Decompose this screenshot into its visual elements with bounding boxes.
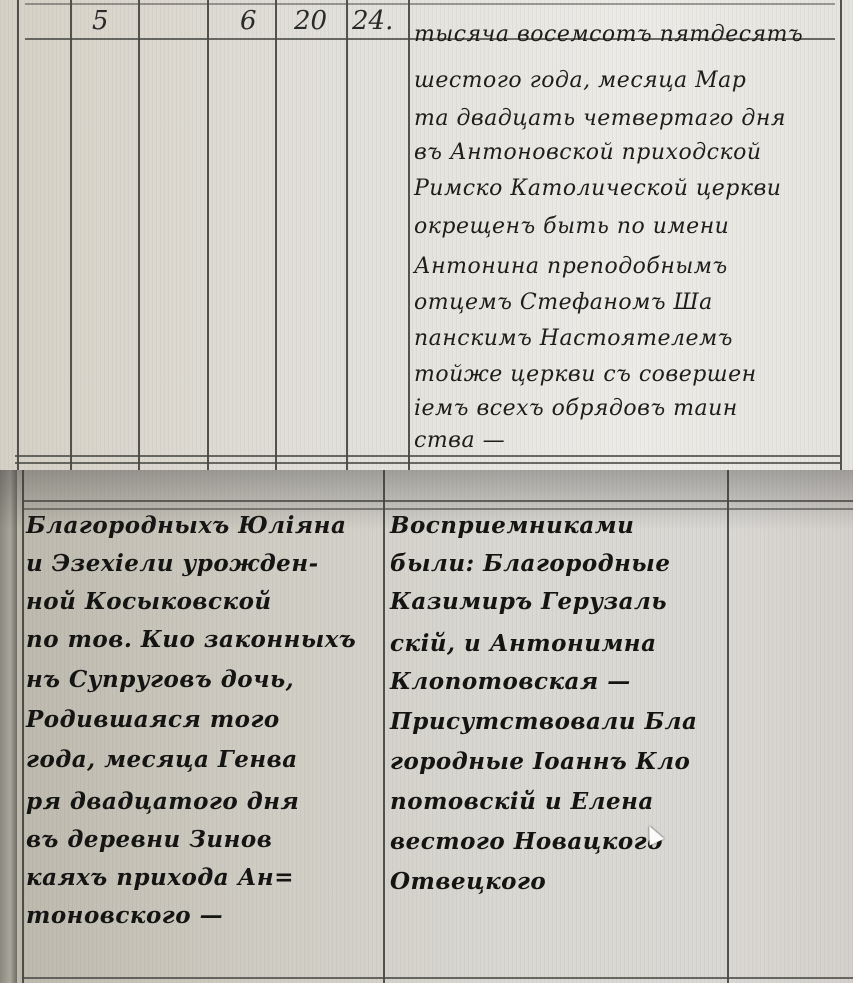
record-line: отцемъ Стефаномъ Ша: [414, 290, 713, 315]
row-rule: [15, 462, 840, 464]
record-line: тоновского —: [26, 902, 223, 929]
column-rule: [70, 0, 72, 470]
record-line: года, месяца Генва: [26, 746, 298, 773]
record-line: Клопотовская —: [390, 668, 631, 695]
record-line: тойже церкви съ совершен: [414, 362, 757, 387]
page-binding-edge: [0, 470, 17, 983]
record-line: въ деревни Зинов: [26, 826, 272, 853]
record-line: городные Іоаннъ Кло: [390, 748, 690, 775]
record-line: іемъ всехъ обрядовъ таин: [414, 396, 738, 421]
row-rule: [22, 977, 853, 979]
record-line: въ Антоновской приходской: [414, 140, 762, 165]
column-rule: [17, 0, 19, 470]
record-line: Римско Католической церкви: [414, 176, 781, 201]
record-line: потовскій и Елена: [390, 788, 654, 815]
column-rule: [383, 470, 385, 983]
record-line: та двадцать четвертаго дня: [414, 106, 786, 131]
record-line: вестого Новацкого: [390, 828, 663, 855]
column-rule: [408, 0, 410, 470]
column-rule: [207, 0, 209, 470]
column-rule: [22, 470, 24, 983]
record-line: нъ Супруговъ дочь,: [26, 666, 294, 693]
record-line: по тов. Кио законныхъ: [26, 626, 356, 653]
register-page-bottom: Благородныхъ Юліяна и Эзехіели урожден- …: [0, 470, 853, 983]
record-line: Благородныхъ Юліяна: [26, 512, 346, 539]
column-rule: [840, 0, 842, 470]
record-line: Антонина преподобнымъ: [414, 254, 728, 279]
record-line: Казимиръ Герузаль: [390, 588, 667, 615]
row-rule: [22, 500, 853, 502]
cell-value-b: 20: [294, 6, 327, 36]
row-rule: [15, 455, 840, 457]
record-line: скій, и Антонимна: [390, 630, 656, 657]
column-rule: [346, 0, 348, 470]
record-line: панскимъ Настоятелемъ: [414, 326, 733, 351]
record-line: каяхъ прихода Ан=: [26, 864, 294, 891]
record-line: ря двадцатого дня: [26, 788, 299, 815]
row-rule: [22, 508, 853, 510]
column-rule: [138, 0, 140, 470]
record-line: Присутствовали Бла: [390, 708, 697, 735]
record-line: и Эзехіели урожден-: [26, 550, 319, 577]
record-line: окрещенъ быть по имени: [414, 214, 729, 239]
record-line: тысяча восемсотъ пятдесятъ: [414, 22, 803, 47]
record-line: ной Косыковской: [26, 588, 272, 615]
record-line: Отвецкого: [390, 868, 546, 895]
record-line: шестого года, месяца Мар: [414, 68, 746, 93]
column-rule: [275, 0, 277, 470]
record-line: ства —: [414, 428, 505, 453]
cell-value-a: 6: [240, 6, 257, 36]
row-rule: [25, 3, 835, 5]
cell-value-c: 24.: [352, 6, 393, 36]
record-line: были: Благородные: [390, 550, 670, 577]
entry-number: 5: [92, 6, 109, 36]
record-line: Восприемниками: [390, 512, 634, 539]
record-line: Родившаяся того: [26, 706, 280, 733]
column-rule: [727, 470, 729, 983]
register-page-top: 5 6 20 24. тысяча восемсотъ пятдесятъ ше…: [0, 0, 853, 470]
